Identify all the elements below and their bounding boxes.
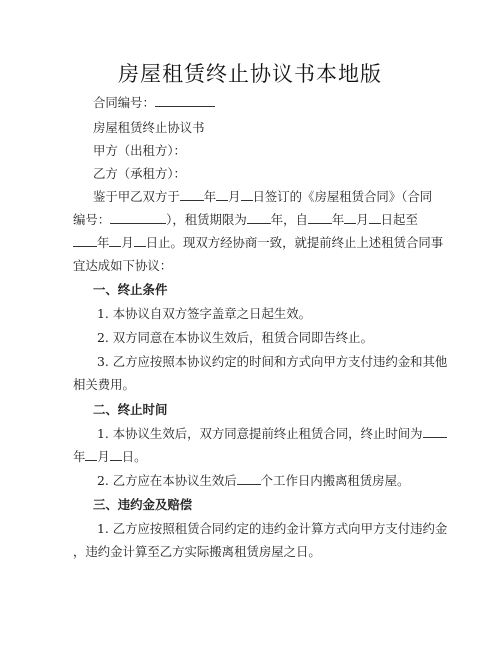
blank-field	[369, 212, 381, 224]
preamble-line-1: 鉴于甲乙双方于年月日签订的《房屋租赁合同》（合同	[93, 189, 432, 205]
text: 年，自	[271, 212, 308, 227]
blank-field	[110, 212, 166, 224]
clause-continuation: ，违约金计算至乙方实际搬离租赁房屋之日。	[73, 544, 321, 560]
blank-field	[155, 95, 215, 107]
text: 日起至	[381, 212, 418, 227]
clause-continuation: 年月日。	[73, 449, 147, 465]
text: 年	[97, 235, 109, 250]
text: 2. 乙方应在本协议生效后	[97, 473, 237, 488]
text: 鉴于甲乙双方于	[93, 189, 180, 204]
text: 月	[121, 235, 133, 250]
contract-number-line: 合同编号：	[93, 95, 215, 111]
text: 个工作日内搬离租赁房屋。	[261, 473, 410, 488]
blank-field	[423, 426, 447, 438]
text: 月	[97, 449, 109, 464]
section-heading: 二、终止时间	[93, 402, 167, 418]
blank-field	[134, 235, 146, 247]
blank-field	[110, 449, 122, 461]
text: 日。	[122, 449, 147, 464]
preamble-line-4: 宜达成如下协议：	[73, 258, 172, 274]
clause-continuation: 相关费用。	[73, 377, 135, 393]
blank-field	[180, 189, 204, 201]
clause: 3. 乙方应按照本协议约定的时间和方式向甲方支付违约金和其他	[97, 354, 447, 370]
text: 1. 本协议生效后，双方同意提前终止租赁合同，终止时间为	[97, 426, 423, 441]
blank-field	[308, 212, 332, 224]
blank-field	[247, 212, 271, 224]
clause: 2. 双方同意在本协议生效后，租赁合同即告终止。	[97, 330, 373, 346]
party-a-line: 甲方（出租方）：	[93, 143, 186, 159]
preamble-line-3: 年月日止。现双方经协商一致，就提前终止上述租赁合同事	[73, 235, 443, 251]
blank-field	[85, 449, 97, 461]
clause: 1. 本协议生效后，双方同意提前终止租赁合同，终止时间为	[97, 426, 447, 442]
clause: 1. 乙方应按照租赁合同约定的违约金计算方式向甲方支付违约金	[97, 521, 447, 537]
text: 年	[332, 212, 344, 227]
blank-field	[344, 212, 356, 224]
text: ），租赁期限为	[166, 212, 247, 227]
text: 日止。现双方经协商一致，就提前终止上述租赁合同事	[146, 235, 443, 250]
clause: 1. 本协议自双方签字盖章之日起生效。	[97, 306, 311, 322]
blank-field	[216, 189, 228, 201]
document-page: 房屋租赁终止协议书本地版 合同编号： 房屋租赁终止协议书 甲方（出租方）： 乙方…	[0, 0, 500, 647]
subtitle: 房屋租赁终止协议书	[93, 120, 205, 136]
text: 月	[356, 212, 368, 227]
party-b-line: 乙方（承租方）：	[93, 166, 186, 182]
text: 月	[228, 189, 240, 204]
document-title: 房屋租赁终止协议书本地版	[0, 58, 500, 88]
text: 年	[73, 449, 85, 464]
contract-number-label: 合同编号：	[93, 95, 155, 110]
preamble-line-2: 编号：），租赁期限为年，自年月日起至	[73, 212, 418, 228]
text: 日签订的《房屋租赁合同》（合同	[253, 189, 433, 204]
blank-field	[73, 235, 97, 247]
clause: 2. 乙方应在本协议生效后个工作日内搬离租赁房屋。	[97, 473, 409, 489]
blank-field	[241, 189, 253, 201]
text: 编号：	[73, 212, 110, 227]
section-heading: 一、终止条件	[93, 282, 167, 298]
text: 年	[204, 189, 216, 204]
section-heading: 三、违约金及赔偿	[93, 497, 192, 513]
blank-field	[237, 473, 261, 485]
blank-field	[109, 235, 121, 247]
